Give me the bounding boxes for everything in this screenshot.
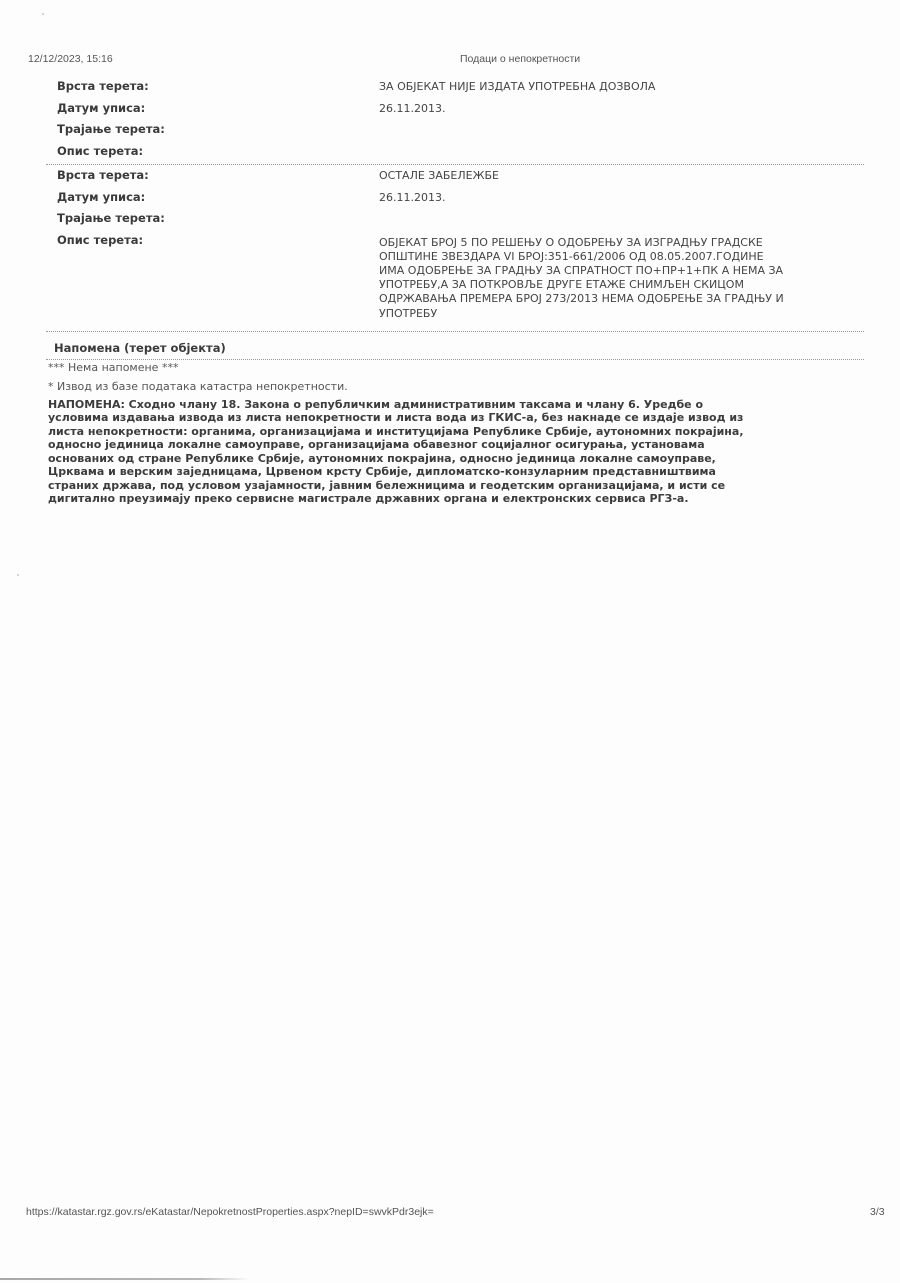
burden-description-value: ОБЈЕКАТ БРОЈ 5 ПО РЕШЕЊУ О ОДОБРЕЊУ ЗА И… [379, 230, 864, 321]
print-header: 12/12/2023, 15:16 Подаци о непокретности [0, 53, 900, 67]
burden-duration-row: Трајање терета: [46, 119, 864, 141]
burden-type-value: ОСТАЛЕ ЗАБЕЛЕЖБЕ [379, 165, 864, 187]
burden-description-label: Опис терета: [46, 141, 379, 163]
entry-date-row: Датум уписа: 26.11.2013. [46, 98, 864, 120]
print-datetime: 12/12/2023, 15:16 [28, 53, 113, 65]
burden-duration-label: Трајање терета: [46, 119, 379, 141]
entry-date-row: Датум уписа: 26.11.2013. [46, 187, 864, 209]
burden-type-row: Врста терета: ОСТАЛЕ ЗАБЕЛЕЖБЕ [46, 165, 864, 187]
entry-date-value: 26.11.2013. [379, 98, 864, 120]
scan-speck [17, 574, 19, 576]
burden-type-label: Врста терета: [46, 76, 379, 98]
burden-type-row: Врста терета: ЗА ОБЈЕКАТ НИЈЕ ИЗДАТА УПО… [46, 76, 864, 98]
entry-date-label: Датум уписа: [46, 187, 379, 209]
burden-duration-label: Трајање терета: [46, 208, 379, 230]
scan-speck [42, 13, 44, 15]
burden-duration-row: Трајање терета: [46, 208, 864, 230]
spacer [46, 321, 864, 329]
entry-date-value: 26.11.2013. [379, 187, 864, 209]
burden-type-label: Врста терета: [46, 165, 379, 187]
burden-block: Врста терета: ЗА ОБЈЕКАТ НИЈЕ ИЗДАТА УПО… [46, 76, 864, 165]
burden-block: Врста терета: ОСТАЛЕ ЗАБЕЛЕЖБЕ Датум упи… [46, 165, 864, 332]
document-content: Врста терета: ЗА ОБЈЕКАТ НИЈЕ ИЗДАТА УПО… [46, 76, 864, 506]
note-empty-text: *** Нема напомене *** [46, 360, 864, 376]
page-url: https://katastar.rgz.gov.rs/eKatastar/Ne… [26, 1206, 434, 1218]
legal-note: НАПОМЕНА: Сходно члану 18. Закона о репу… [46, 398, 868, 506]
burden-type-value: ЗА ОБЈЕКАТ НИЈЕ ИЗДАТА УПОТРЕБНА ДОЗВОЛА [379, 76, 864, 98]
burden-description-row: Опис терета: [46, 141, 864, 163]
burden-description-label: Опис терета: [46, 230, 379, 252]
note-section-heading: Напомена (терет објекта) [46, 338, 864, 360]
extract-note: * Извод из базе података катастра непокр… [46, 379, 864, 395]
page-number: 3/3 [870, 1206, 885, 1218]
page-title: Подаци о непокретности [460, 53, 580, 65]
burden-description-row: Опис терета: ОБЈЕКАТ БРОЈ 5 ПО РЕШЕЊУ О … [46, 230, 864, 321]
entry-date-label: Датум уписа: [46, 98, 379, 120]
scan-edge-line [0, 1278, 250, 1280]
